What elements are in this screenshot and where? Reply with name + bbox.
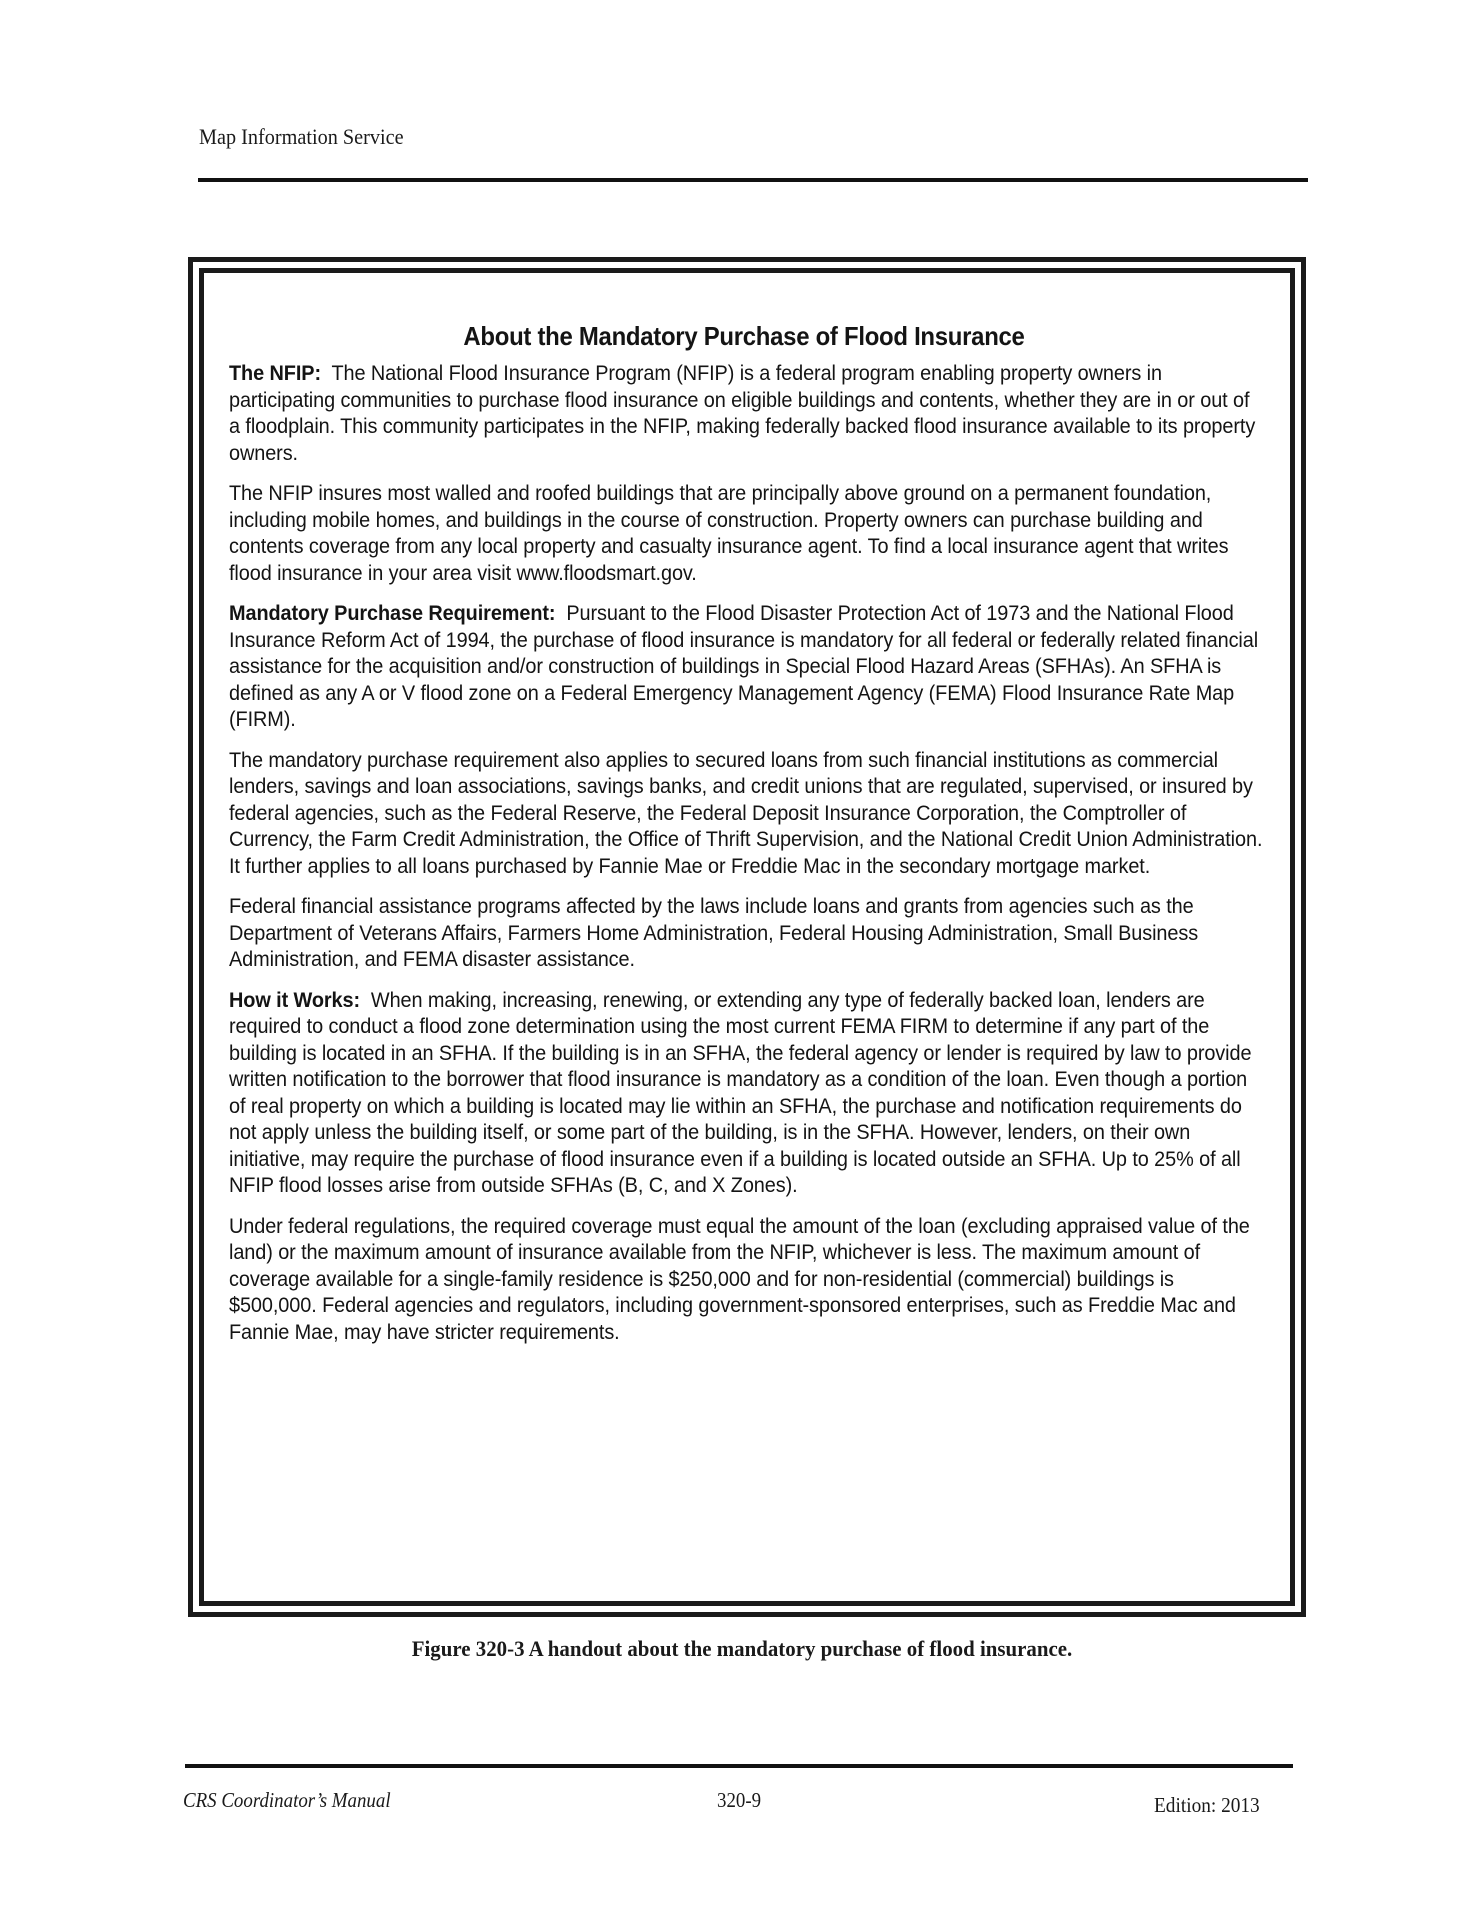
paragraph-lead: The NFIP: — [229, 361, 321, 385]
paragraph-lead: Mandatory Purchase Requirement: — [229, 601, 555, 625]
paragraph-federal-programs: Federal financial assistance programs af… — [229, 893, 1265, 973]
footer-manual-title: CRS Coordinator’s Manual — [183, 1788, 391, 1813]
paragraph-text: Federal financial assistance programs af… — [229, 894, 1198, 971]
running-head: Map Information Service — [199, 124, 404, 150]
handout-content: About the Mandatory Purchase of Flood In… — [229, 321, 1299, 1359]
header-rule — [198, 178, 1308, 182]
paragraph-lead: How it Works: — [229, 988, 360, 1012]
footer-page-number: 320-9 — [717, 1788, 761, 1813]
footer-rule — [185, 1764, 1293, 1768]
paragraph-text: The mandatory purchase requirement also … — [229, 748, 1262, 878]
paragraph-nfip-coverage: The NFIP insures most walled and roofed … — [229, 480, 1265, 586]
paragraph-how-it-works: How it Works: When making, increasing, r… — [229, 987, 1265, 1199]
paragraph-required-coverage: Under federal regulations, the required … — [229, 1213, 1265, 1346]
paragraph-secured-loans: The mandatory purchase requirement also … — [229, 747, 1265, 880]
figure-caption: Figure 320-3 A handout about the mandato… — [37, 1636, 1447, 1662]
paragraph-nfip: The NFIP: The National Flood Insurance P… — [229, 360, 1265, 466]
paragraph-mandatory-purchase: Mandatory Purchase Requirement: Pursuant… — [229, 600, 1265, 733]
footer-edition: Edition: 2013 — [1154, 1793, 1260, 1818]
paragraph-text: When making, increasing, renewing, or ex… — [229, 988, 1251, 1198]
paragraph-text: The NFIP insures most walled and roofed … — [229, 481, 1228, 585]
paragraph-text: The National Flood Insurance Program (NF… — [229, 361, 1255, 465]
paragraph-text: Under federal regulations, the required … — [229, 1214, 1250, 1344]
handout-title: About the Mandatory Purchase of Flood In… — [270, 321, 1218, 352]
